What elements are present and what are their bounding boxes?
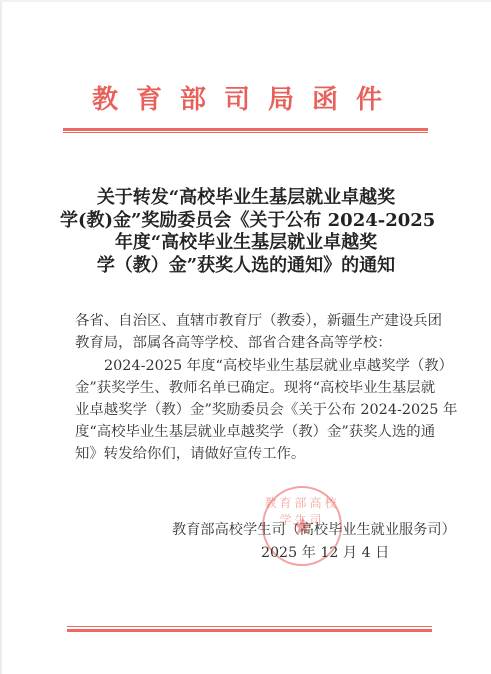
title-line: 关于转发“高校毕业生基层就业卓越奖 <box>60 187 432 210</box>
title-line: 年度“高校毕业生基层就业卓越奖 <box>60 232 432 255</box>
letterhead-title: 教育部司局函件 <box>92 84 422 116</box>
divider-thin-line <box>63 132 428 133</box>
paragraph-line: 知》转发给你们，请做好宣传工作。 <box>75 443 423 465</box>
document-body: 各省、自治区、直辖市教育厅（教委），新疆生产建设兵团 教育局，部属各高等学校、部… <box>75 310 423 465</box>
paragraph-line: 金”获奖学生、教师名单已确定。现将“高校毕业生基层就 <box>75 377 423 399</box>
document-title: 关于转发“高校毕业生基层就业卓越奖 学(教)金”奖励委员会《关于公布 2024-… <box>60 187 432 277</box>
letterhead-divider <box>63 128 428 134</box>
title-line: 学（教）金”获奖人选的通知》的通知 <box>60 255 432 278</box>
title-line: 学(教)金”奖励委员会《关于公布 2024-2025 <box>60 210 432 233</box>
page-edge <box>0 0 2 674</box>
paragraph-line: 度“高校毕业生基层就业卓越奖学（教）金”获奖人选的通 <box>75 421 423 443</box>
issue-date: 2025 年 12 月 4 日 <box>261 542 381 564</box>
paragraph-line: 业卓越奖学（教）金”奖励委员会《关于公布 2024-2025 年 <box>75 399 423 421</box>
salutation-line: 各省、自治区、直辖市教育厅（教委），新疆生产建设兵团 <box>75 310 423 332</box>
issuer-signature: 教育部高校学生司（高校毕业生就业服务司） <box>172 519 430 541</box>
divider-thick-line <box>67 629 432 632</box>
salutation-line: 教育局，部属各高等学校、部省合建各高等学校： <box>75 332 423 354</box>
divider-thick-line <box>63 128 428 131</box>
paragraph-line: 2024-2025 年度“高校毕业生基层就业卓越奖学（教） <box>75 355 423 377</box>
page-edge <box>0 0 491 2</box>
divider-thin-line <box>67 626 432 627</box>
footer-divider <box>67 626 432 633</box>
